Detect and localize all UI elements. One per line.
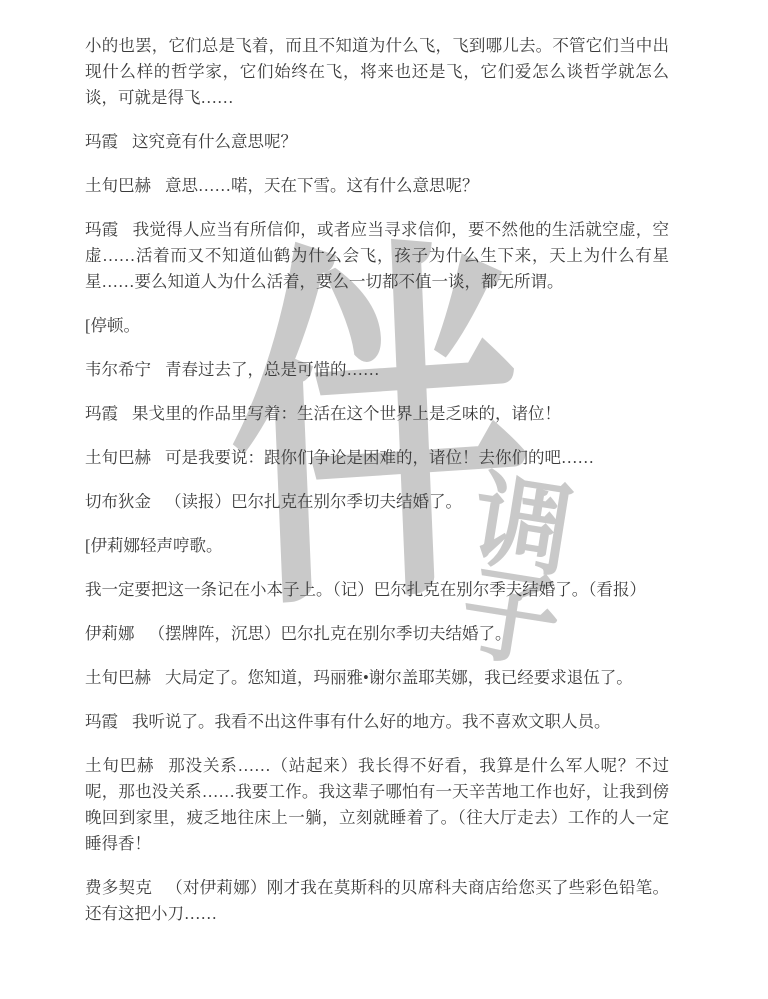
stage-direction: [伊莉娜轻声哼歌。 xyxy=(85,533,669,559)
dialogue-paragraph: 韦尔希宁青春过去了，总是可惜的…… xyxy=(85,357,669,383)
dialogue-line: 我一定要把这一条记在小本子上。（记）巴尔扎克在别尔季夫结婚了。（看报） xyxy=(85,580,646,599)
dialogue-line: [伊莉娜轻声哼歌。 xyxy=(85,536,223,555)
dialogue-paragraph: 费多契克（对伊莉娜）刚才我在莫斯科的贝席科夫商店给您买了些彩色铅笔。还有这把小刀… xyxy=(85,875,669,927)
speaker-name: 切布狄金 xyxy=(85,492,151,511)
speaker-name: 玛霞 xyxy=(85,404,118,423)
speaker-name: 玛霞 xyxy=(85,220,119,239)
speaker-name: 土旬巴赫 xyxy=(85,176,151,195)
dialogue-line: 我觉得人应当有所信仰，或者应当寻求信仰，要不然他的生活就空虚，空虚……活着而又不… xyxy=(85,220,669,291)
dialogue-line: 青春过去了，总是可惜的…… xyxy=(165,360,380,379)
stage-direction: [停顿。 xyxy=(85,313,669,339)
dialogue-line: 果戈里的作品里写着：生活在这个世界上是乏味的，诸位！ xyxy=(132,404,561,423)
speaker-name: 费多契克 xyxy=(85,878,152,897)
dialogue-line: [停顿。 xyxy=(85,316,140,335)
speaker-name: 土旬巴赫 xyxy=(85,756,154,775)
dialogue-paragraph: 玛霞这究竟有什么意思呢？ xyxy=(85,129,669,155)
dialogue-line: 小的也罢，它们总是飞着，而且不知道为什么飞，飞到哪儿去。不管它们当中出现什么样的… xyxy=(85,36,669,107)
speaker-name: 伊莉娜 xyxy=(85,624,135,643)
dialogue-paragraph: 我一定要把这一条记在小本子上。（记）巴尔扎克在别尔季夫结婚了。（看报） xyxy=(85,577,669,603)
dialogue-line: 意思……喏，天在下雪。这有什么意思呢？ xyxy=(165,176,479,195)
dialogue-line: 这究竟有什么意思呢？ xyxy=(132,132,297,151)
dialogue-paragraph: 土旬巴赫可是我要说：跟你们争论是困难的，诸位！去你们的吧…… xyxy=(85,445,669,471)
dialogue-line: （摆牌阵，沉思）巴尔扎克在别尔季切夫结婚了。 xyxy=(149,624,512,643)
dialogue-line: （对伊莉娜）刚才我在莫斯科的贝席科夫商店给您买了些彩色铅笔。还有这把小刀…… xyxy=(85,878,669,923)
dialogue-line: 可是我要说：跟你们争论是困难的，诸位！去你们的吧…… xyxy=(165,448,594,467)
dialogue-paragraph: 玛霞我听说了。我看不出这件事有什么好的地方。我不喜欢文职人员。 xyxy=(85,709,669,735)
speaker-name: 玛霞 xyxy=(85,132,118,151)
dialogue-line: 我听说了。我看不出这件事有什么好的地方。我不喜欢文职人员。 xyxy=(132,712,611,731)
dialogue-paragraph: 伊莉娜（摆牌阵，沉思）巴尔扎克在别尔季切夫结婚了。 xyxy=(85,621,669,647)
dialogue-paragraph: 玛霞我觉得人应当有所信仰，或者应当寻求信仰，要不然他的生活就空虚，空虚……活着而… xyxy=(85,217,669,295)
dialogue-paragraph: 玛霞果戈里的作品里写着：生活在这个世界上是乏味的，诸位！ xyxy=(85,401,669,427)
speaker-name: 土旬巴赫 xyxy=(85,668,151,687)
script-page: 伴 调 子 小的也罢，它们总是飞着，而且不知道为什么飞，飞到哪儿去。不管它们当中… xyxy=(0,0,768,999)
dialogue-line: 大局定了。您知道，玛丽雅•谢尔盖耶芙娜，我已经要求退伍了。 xyxy=(165,668,633,687)
dialogue-paragraph: 土旬巴赫意思……喏，天在下雪。这有什么意思呢？ xyxy=(85,173,669,199)
speaker-name: 土旬巴赫 xyxy=(85,448,151,467)
dialogue-paragraph: 土旬巴赫大局定了。您知道，玛丽雅•谢尔盖耶芙娜，我已经要求退伍了。 xyxy=(85,665,669,691)
dialogue-text-block: 小的也罢，它们总是飞着，而且不知道为什么飞，飞到哪儿去。不管它们当中出现什么样的… xyxy=(85,33,669,945)
dialogue-line: （读报）巴尔扎克在别尔季切夫结婚了。 xyxy=(165,492,462,511)
dialogue-paragraph: 切布狄金（读报）巴尔扎克在别尔季切夫结婚了。 xyxy=(85,489,669,515)
dialogue-paragraph: 土旬巴赫那没关系……（站起来）我长得不好看，我算是什么军人呢？不过呢，那也没关系… xyxy=(85,753,669,857)
speaker-name: 韦尔希宁 xyxy=(85,360,151,379)
dialogue-line: 那没关系……（站起来）我长得不好看，我算是什么军人呢？不过呢，那也没关系……我要… xyxy=(85,756,669,853)
speaker-name: 玛霞 xyxy=(85,712,118,731)
dialogue-paragraph: 小的也罢，它们总是飞着，而且不知道为什么飞，飞到哪儿去。不管它们当中出现什么样的… xyxy=(85,33,669,111)
